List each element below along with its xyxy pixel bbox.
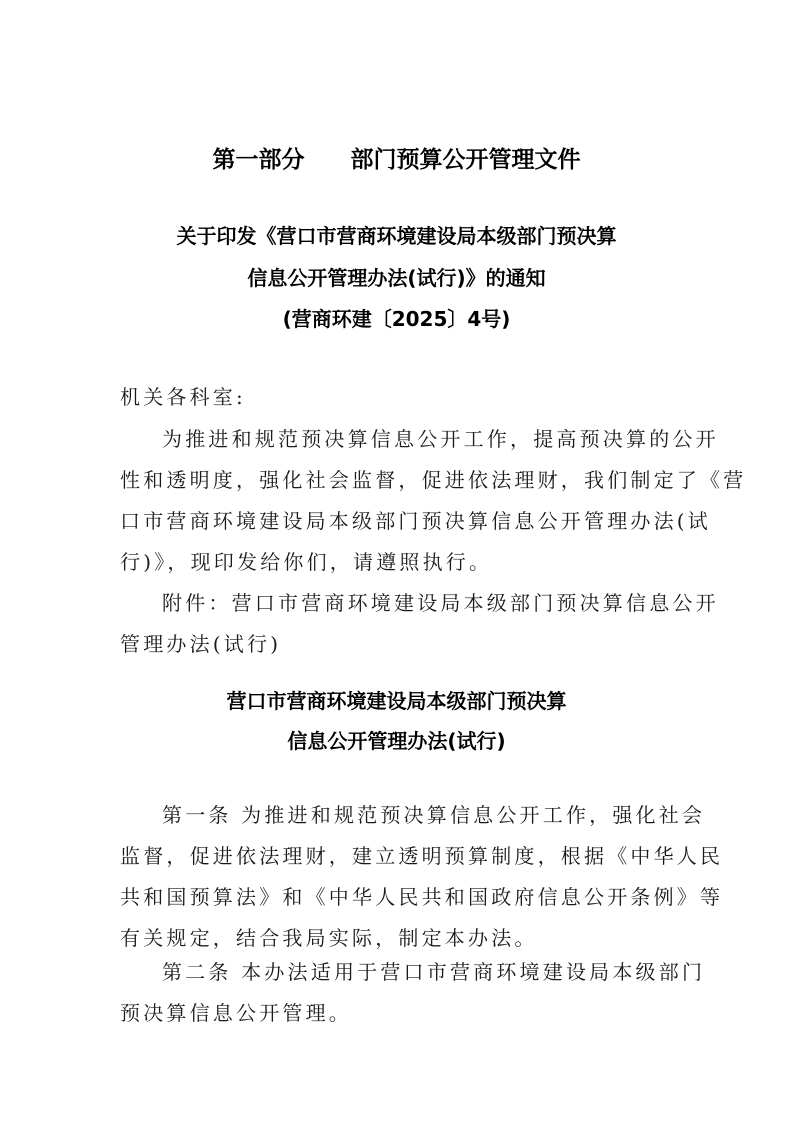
notice-body-line: 行)》，现印发给你们，请遵照执行。 <box>120 548 676 576</box>
part-title: 部门预算公开管理文件 <box>351 147 581 173</box>
notice-attachment-line: 附件：营口市营商环境建设局本级部门预决算信息公开 <box>162 589 676 617</box>
notice-body-line: 为推进和规范预决算信息公开工作，提高预决算的公开 <box>162 425 676 453</box>
article-1-line: 第一条 为推进和规范预决算信息公开工作，强化社会 <box>162 801 676 829</box>
notice-body-line: 性和透明度，强化社会监督，促进依法理财，我们制定了《营 <box>120 466 676 494</box>
rules-title-line-2: 信息公开管理办法(试行) <box>0 726 793 756</box>
rules-title-line-1: 营口市营商环境建设局本级部门预决算 <box>0 686 793 716</box>
notice-addressee: 机关各科室: <box>120 383 676 411</box>
article-2-line: 第二条 本办法适用于营口市营商环境建设局本级部门 <box>162 958 676 986</box>
notice-attachment-line: 管理办法(试行) <box>120 630 676 658</box>
part-heading: 第一部分部门预算公开管理文件 <box>0 143 793 177</box>
notice-title-line-2: 信息公开管理办法(试行)》的通知 <box>0 263 793 293</box>
article-1-line: 监督，促进依法理财，建立透明预算制度，根据《中华人民 <box>120 842 676 870</box>
article-2-line: 预决算信息公开管理。 <box>120 999 676 1027</box>
notice-title-line-1: 关于印发《营口市营商环境建设局本级部门预决算 <box>0 221 793 251</box>
notice-document-number: (营商环建〔2025〕4号) <box>0 304 793 334</box>
notice-body-line: 口市营商环境建设局本级部门预决算信息公开管理办法(试 <box>120 507 676 535</box>
part-number: 第一部分 <box>213 147 305 173</box>
document-page: 第一部分部门预算公开管理文件 关于印发《营口市营商环境建设局本级部门预决算 信息… <box>0 0 793 1122</box>
article-1-line: 共和国预算法》和《中华人民共和国政府信息公开条例》等 <box>120 883 676 911</box>
article-1-line: 有关规定，结合我局实际，制定本办法。 <box>120 924 676 952</box>
